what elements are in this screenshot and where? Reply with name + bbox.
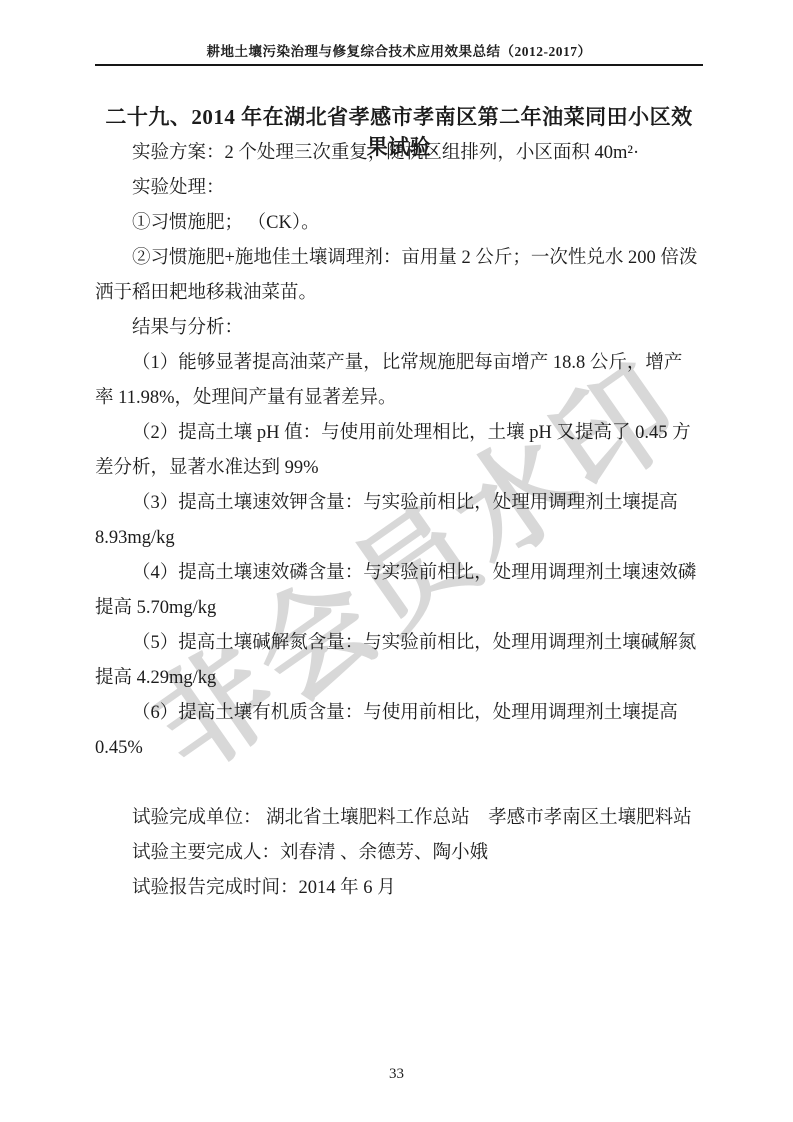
text-line: （2）提高土壤 pH 值：与使用前处理相比，土壤 pH 又提高了 0.45 方	[95, 416, 709, 451]
text-line: 试验完成单位： 湖北省土壤肥料工作总站 孝感市孝南区土壤肥料站	[95, 801, 709, 836]
document-page: 非会员水印 耕地土壤污染治理与修复综合技术应用效果总结（2012-2017） 二…	[0, 0, 793, 1122]
text-line: 率 11.98%，处理间产量有显著差异。	[95, 381, 709, 416]
closing-info-block: 试验完成单位： 湖北省土壤肥料工作总站 孝感市孝南区土壤肥料站试验主要完成人：刘…	[95, 801, 709, 906]
text-line: （3）提高土壤速效钾含量：与实验前相比，处理用调理剂土壤提高	[95, 486, 709, 521]
text-line: 0.45%	[95, 731, 709, 766]
text-line: ②习惯施肥+施地佳土壤调理剂：亩用量 2 公斤；一次性兑水 200 倍泼	[95, 241, 709, 276]
text-line: 结果与分析：	[95, 311, 709, 346]
body-text-block: 实验方案：2 个处理三次重复，随机区组排列，小区面积 40m²·实验处理：①习惯…	[95, 136, 709, 766]
text-line: 提高 4.29mg/kg	[95, 661, 709, 696]
page-number: 33	[0, 1066, 793, 1083]
running-header: 耕地土壤污染治理与修复综合技术应用效果总结（2012-2017）	[95, 40, 703, 66]
text-line: 洒于稻田耙地移栽油菜苗。	[95, 276, 709, 311]
text-line: 提高 5.70mg/kg	[95, 591, 709, 626]
text-line: 实验处理：	[95, 171, 709, 206]
text-line: （5）提高土壤碱解氮含量：与实验前相比，处理用调理剂土壤碱解氮	[95, 626, 709, 661]
text-line: 8.93mg/kg	[95, 521, 709, 556]
text-line: （4）提高土壤速效磷含量：与实验前相比，处理用调理剂土壤速效磷	[95, 556, 709, 591]
text-line: 差分析，显著水准达到 99%	[95, 451, 709, 486]
text-line: 试验主要完成人：刘春清 、余德芳、陶小娥	[95, 836, 709, 871]
text-line: （6）提高土壤有机质含量：与使用前相比，处理用调理剂土壤提高	[95, 696, 709, 731]
text-line: 实验方案：2 个处理三次重复，随机区组排列，小区面积 40m²·	[95, 136, 709, 171]
text-line: （1）能够显著提高油菜产量，比常规施肥每亩增产 18.8 公斤，增产	[95, 346, 709, 381]
text-line: ①习惯施肥； （CK）。	[95, 206, 709, 241]
running-header-text: 耕地土壤污染治理与修复综合技术应用效果总结（2012-2017）	[207, 44, 592, 59]
text-line: 试验报告完成时间：2014 年 6 月	[95, 871, 709, 906]
